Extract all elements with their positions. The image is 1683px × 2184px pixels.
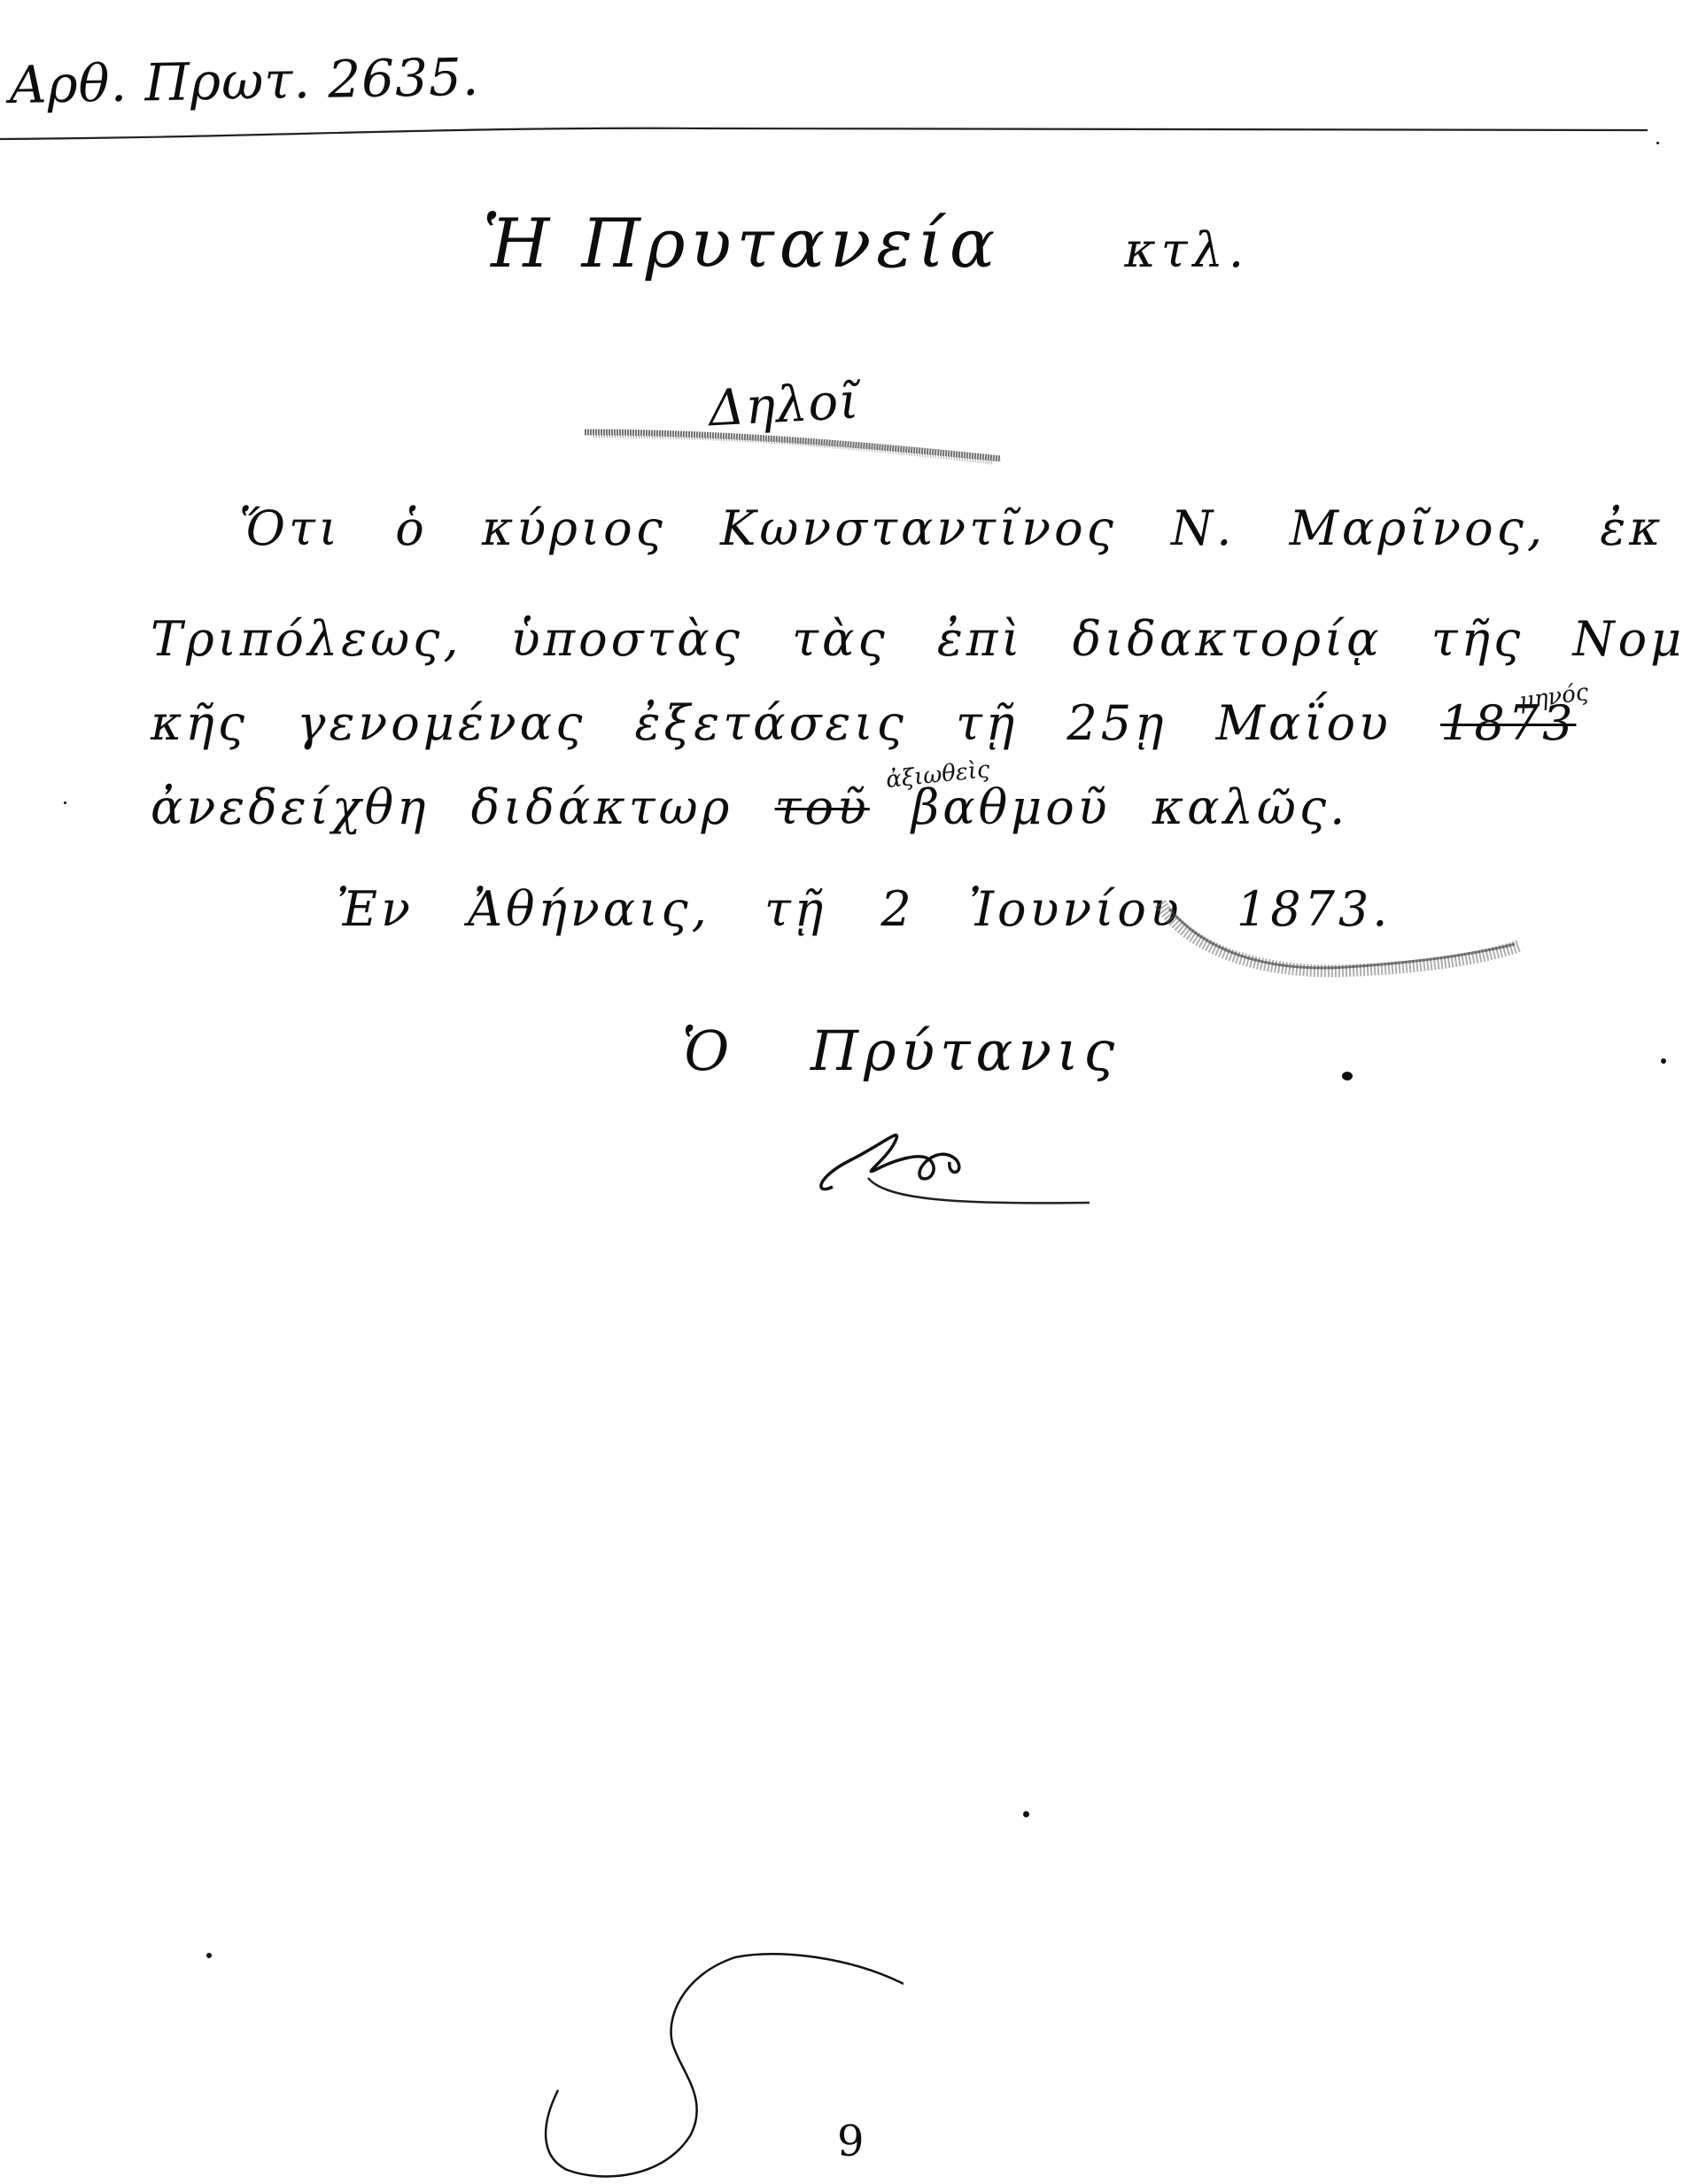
scan-speck — [1656, 142, 1659, 144]
body-line-2: Τριπόλεως, ὑποστὰς τὰς ἐπὶ διδακτορίᾳ τῆ… — [151, 611, 1683, 667]
date-smudge-mark — [1152, 895, 1524, 992]
signature-title: Ὁ Πρύτανις — [682, 1018, 1120, 1083]
body-line-1: Ὅτι ὁ κύριος Κωνσταντῖνος Ν. Μαρῖνος, ἐκ — [239, 500, 1664, 556]
struck-word: τοῦ — [775, 779, 870, 835]
body-line-4-text: ἀνεδείχθη διδάκτωρ — [151, 779, 733, 835]
reference-number: Αρθ. Πρωτ. 2635. — [9, 47, 480, 115]
interlinear-insert-month: μηνός — [1517, 679, 1590, 716]
scan-speck — [206, 1953, 212, 1958]
scan-speck — [1342, 1072, 1353, 1080]
reference-text: Αρθ. Πρωτ. 2635. — [9, 47, 480, 115]
body-line-4: ἀνεδείχθη διδάκτωρ τοῦ βαθμοῦ καλῶς. — [151, 779, 1348, 835]
reference-underline — [0, 120, 1648, 146]
scan-speck — [1661, 1058, 1666, 1064]
body-line-3-text: κῆς γενομένας ἐξετάσεις τῇ 25ῃ Μαΐου — [151, 695, 1392, 751]
document-heading: Ἡ Πρυτανεία κτλ. — [483, 204, 1249, 283]
declares-underline-smudge — [585, 416, 1001, 469]
scan-speck — [1023, 1811, 1029, 1817]
body-line-3: κῆς γενομένας ἐξετάσεις τῇ 25ῃ Μαΐου 187… — [151, 695, 1577, 751]
folio-number: 9 — [837, 2117, 865, 2166]
heading-suffix: κτλ. — [1124, 222, 1249, 278]
date-place: Ἐν Ἀθήναις, τῇ 2 Ἰουνίου — [337, 881, 1183, 937]
scan-speck — [64, 802, 66, 804]
heading-title: Ἡ Πρυτανεία — [483, 204, 1000, 283]
rector-signature — [797, 1107, 1090, 1213]
body-line-4-tail: βαθμοῦ καλῶς. — [911, 779, 1348, 835]
signature-role: Πρύτανις — [810, 1018, 1120, 1083]
signature-article: Ὁ — [682, 1018, 734, 1083]
